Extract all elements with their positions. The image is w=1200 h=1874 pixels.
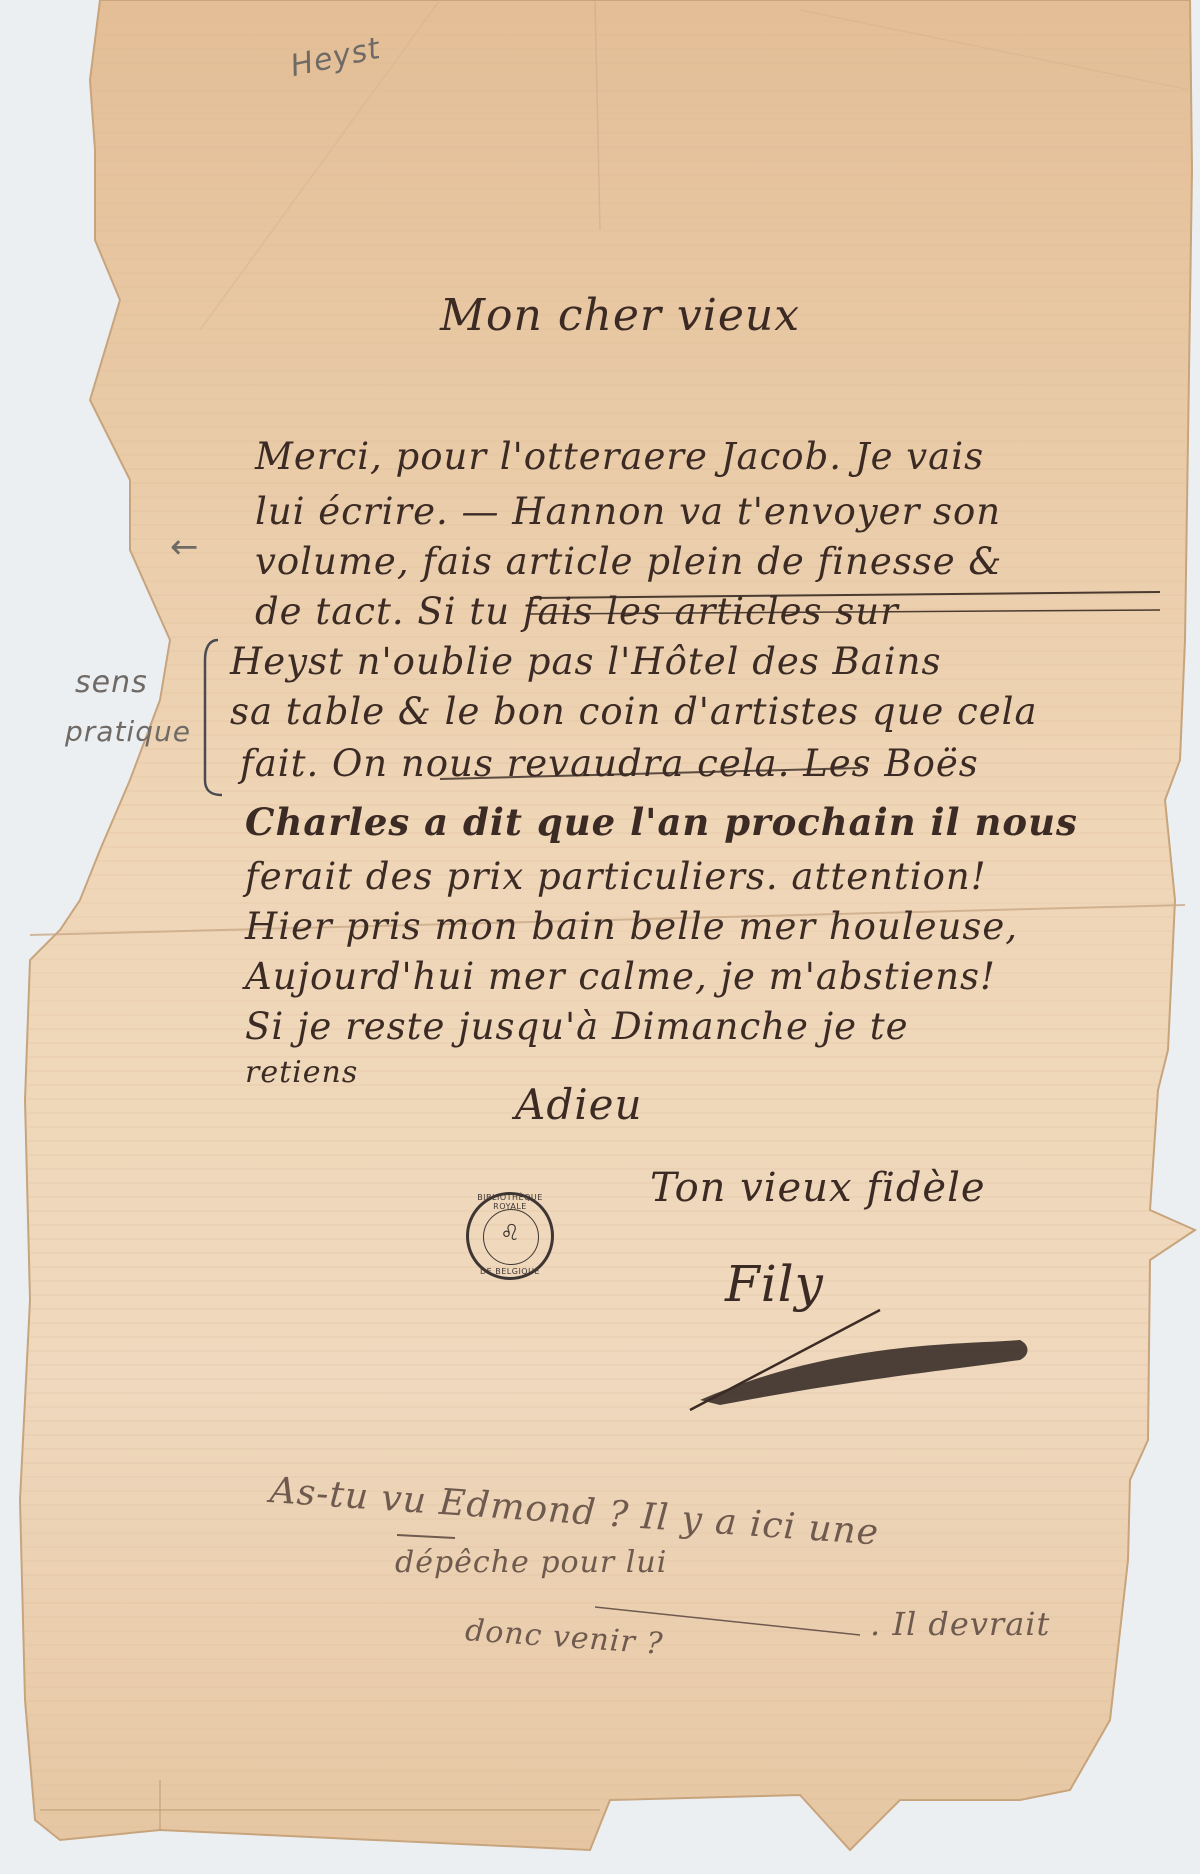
body-line-3: volume, fais article plein de finesse &: [255, 540, 1002, 583]
signature: Fily: [725, 1255, 824, 1313]
closing: Adieu: [515, 1080, 643, 1129]
lion-emblem-icon: ♌: [469, 1221, 551, 1246]
body-line-5: Heyst n'oublie pas l'Hôtel des Bains: [230, 640, 941, 683]
margin-note-sens: sens: [75, 665, 148, 700]
body-line-9: ferait des prix particuliers. attention!: [245, 855, 987, 898]
postscript-line-2: dépêche pour lui: [395, 1545, 667, 1580]
margin-arrow-icon: ←: [170, 527, 200, 567]
postscript-line-3: . Il devrait: [870, 1605, 1050, 1643]
body-line-7: fait. On nous revaudra cela. Les Boës: [240, 742, 979, 785]
stamp-text-bottom: DE BELGIQUE: [469, 1267, 551, 1276]
body-line-13: retiens: [245, 1055, 358, 1090]
margin-note-pratique: pratique: [65, 715, 191, 748]
body-line-10: Hier pris mon bain belle mer houleuse,: [245, 905, 1018, 948]
body-line-1: Merci, pour l'otteraere Jacob. Je vais: [255, 435, 984, 478]
body-line-6: sa table & le bon coin d'artistes que ce…: [230, 690, 1038, 733]
body-line-2: lui écrire. — Hannon va t'envoyer son: [255, 490, 1001, 533]
salutation: Mon cher vieux: [440, 290, 800, 341]
body-line-11: Aujourd'hui mer calme, je m'abstiens!: [245, 955, 996, 998]
valediction: Ton vieux fidèle: [650, 1165, 986, 1211]
body-line-4: de tact. Si tu fais les articles sur: [255, 590, 899, 633]
body-line-8: Charles a dit que l'an prochain il nous: [245, 800, 1078, 844]
library-stamp: BIBLIOTHÈQUE ROYALE ♌ DE BELGIQUE: [466, 1192, 554, 1280]
body-line-12: Si je reste jusqu'à Dimanche je te: [245, 1005, 909, 1048]
